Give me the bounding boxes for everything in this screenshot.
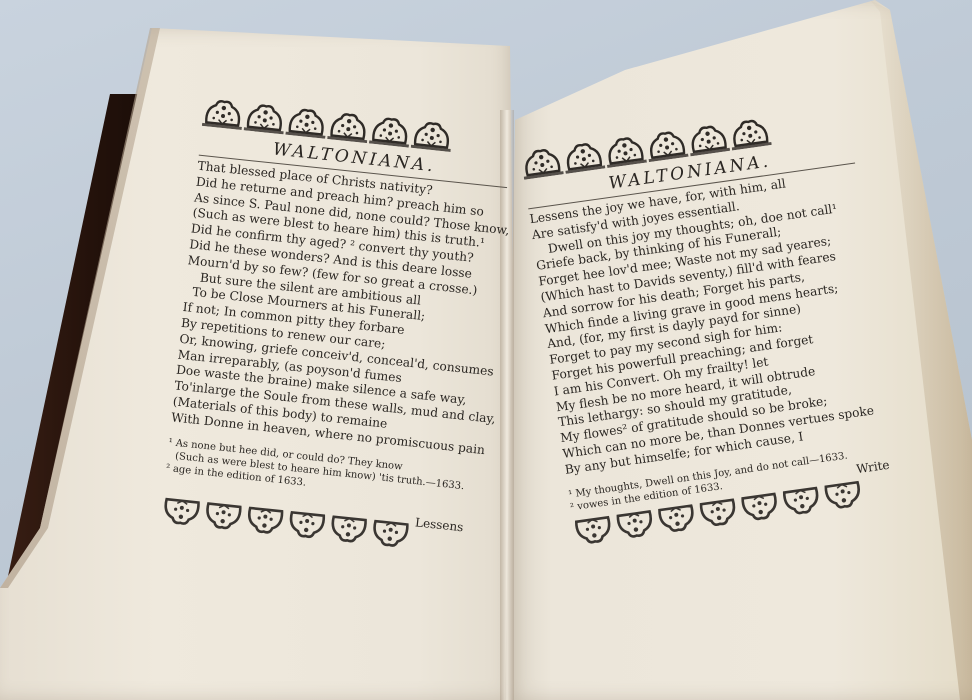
ornament-icon — [728, 115, 772, 150]
ornament-icon — [285, 105, 328, 139]
ornament-icon — [655, 501, 699, 536]
ornament-icon — [411, 118, 454, 152]
ornament-icon — [327, 109, 370, 143]
ornament-icon — [603, 133, 647, 168]
ornament-icon — [562, 139, 606, 174]
ornament-icon — [369, 516, 412, 550]
poem-text: Lessens the joy we have, for, with him, … — [529, 166, 893, 478]
ornament-icon — [738, 489, 782, 524]
ornament-icon — [696, 495, 740, 530]
right-page-text-block: WALTONIANA. Lessens the joy we have, for… — [520, 104, 904, 554]
ornament-icon — [244, 503, 287, 537]
ornament-icon — [202, 499, 245, 533]
ornament-icon — [821, 477, 865, 512]
ornament-icon — [369, 114, 412, 148]
ornament-icon — [780, 483, 824, 518]
ornament-icon — [285, 508, 328, 542]
ornament-icon — [202, 96, 245, 130]
ornament-icon — [160, 494, 203, 528]
ornament-icon — [327, 512, 370, 546]
left-page-text-block: WALTONIANA. That blessed place of Christ… — [159, 96, 513, 563]
ornament-icon — [572, 512, 616, 547]
ornament-icon — [613, 507, 657, 542]
poem-text: That blessed place of Christs nativity? … — [170, 159, 506, 458]
ornament-icon — [520, 144, 564, 179]
ornament-icon — [244, 100, 287, 134]
ornament-icon — [645, 127, 689, 162]
ornament-icon — [686, 121, 730, 156]
